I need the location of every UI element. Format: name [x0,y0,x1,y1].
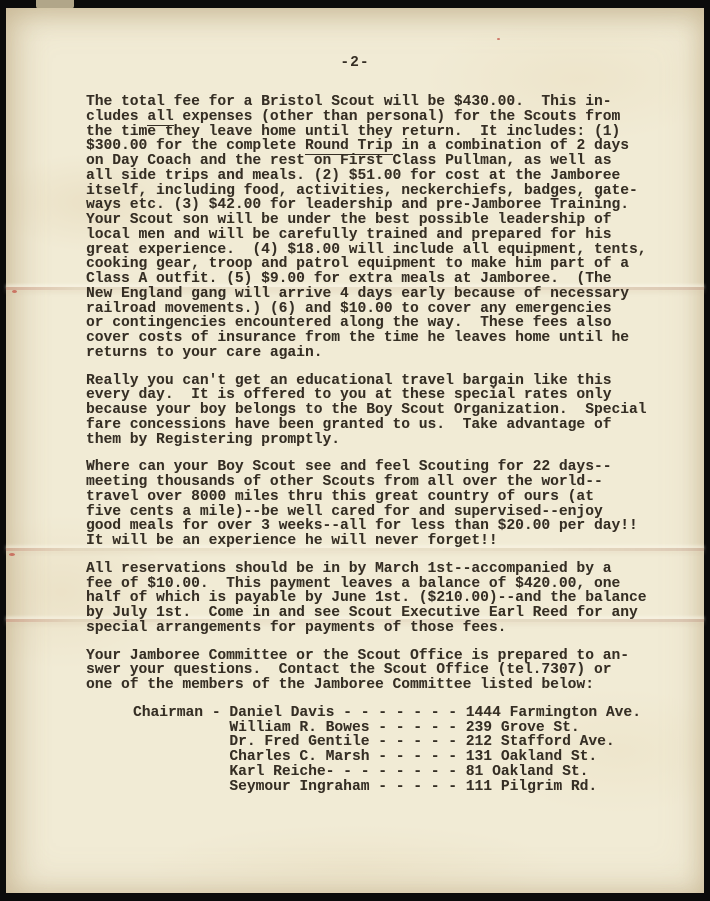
page-number: -2- [6,55,704,71]
paragraph: Where can your Boy Scout see and feel Sc… [86,460,676,549]
text-line: fee of $10.00. This payment leaves a bal… [86,577,676,592]
text-line: all side trips and meals. (2) $51.00 for… [86,169,676,184]
text-line: Class A outfit. (5) $9.00 for extra meal… [86,272,676,287]
body-paragraphs: The total fee for a Bristol Scout will b… [86,95,676,693]
paper-sheet: -2- The total fee for a Bristol Scout wi… [6,8,704,893]
committee-row: Karl Reiche- - - - - - - - 81 Oakland St… [133,765,676,780]
committee-list: Chairman - Daniel Davis - - - - - - - 14… [133,706,676,795]
text-line: Your Jamboree Committee or the Scout Off… [86,649,676,664]
text-line: because your boy belongs to the Boy Scou… [86,403,676,418]
text-line: every day. It is offered to you at these… [86,388,676,403]
text-line: Really you can't get an educational trav… [86,374,676,389]
text-line: It will be an experience he will never f… [86,534,676,549]
text-line: Where can your Boy Scout see and feel Sc… [86,460,676,475]
paragraph: Really you can't get an educational trav… [86,374,676,448]
text-line: local men and will be carefully trained … [86,228,676,243]
text-line: cludes all expenses (other than personal… [86,110,676,125]
committee-row: Charles C. Marsh - - - - - 131 Oakland S… [133,750,676,765]
scanned-letter-page: -2- The total fee for a Bristol Scout wi… [0,0,710,901]
text-line: good meals for over 3 weeks--all for les… [86,519,676,534]
paragraph: All reservations should be in by March 1… [86,562,676,636]
text-line: special arrangements for payments of tho… [86,621,676,636]
text-line: cover costs of insurance from the time h… [86,331,676,346]
paragraph: The total fee for a Bristol Scout will b… [86,95,676,361]
text-line: great experience. (4) $18.00 will includ… [86,243,676,258]
text-line: or contingencies encountered along the w… [86,316,676,331]
text-line: one of the members of the Jamboree Commi… [86,678,676,693]
text-line: The total fee for a Bristol Scout will b… [86,95,676,110]
text-line: the time they leave home until they retu… [86,125,676,140]
text-line: itself, including food, activities, neck… [86,184,676,199]
text-line: fare concessions have been granted to us… [86,418,676,433]
text-line: by July 1st. Come in and see Scout Execu… [86,606,676,621]
text-line: five cents a mile)--be well cared for an… [86,505,676,520]
paragraph: Your Jamboree Committee or the Scout Off… [86,649,676,693]
text-line: them by Registering promptly. [86,433,676,448]
text-line: New England gang will arrive 4 days earl… [86,287,676,302]
committee-row: William R. Bowes - - - - - 239 Grove St. [133,721,676,736]
text-line: on Day Coach and the rest on First Class… [86,154,676,169]
text-line: returns to your care again. [86,346,676,361]
committee-row: Chairman - Daniel Davis - - - - - - - 14… [133,706,676,721]
text-line: $300.00 for the complete Round Trip in a… [86,139,676,154]
paper-speck [497,38,500,40]
text-line: meeting thousands of other Scouts from a… [86,475,676,490]
text-line: swer your questions. Contact the Scout O… [86,663,676,678]
text-line: half of which is payable by June 1st. ($… [86,591,676,606]
committee-row: Seymour Ingraham - - - - - 111 Pilgrim R… [133,780,676,795]
paper-speck [12,290,17,293]
text-line: Your Scout son will be under the best po… [86,213,676,228]
text-line: ways etc. (3) $42.00 for leadership and … [86,198,676,213]
paper-speck [9,553,15,556]
letter-body: The total fee for a Bristol Scout will b… [86,95,676,794]
committee-row: Dr. Fred Gentile - - - - - 212 Stafford … [133,735,676,750]
text-line: cooking gear, troop and patrol equipment… [86,257,676,272]
text-line: railroad movements.) (6) and $10.00 to c… [86,302,676,317]
text-line: All reservations should be in by March 1… [86,562,676,577]
text-line: travel over 8000 miles thru this great c… [86,490,676,505]
